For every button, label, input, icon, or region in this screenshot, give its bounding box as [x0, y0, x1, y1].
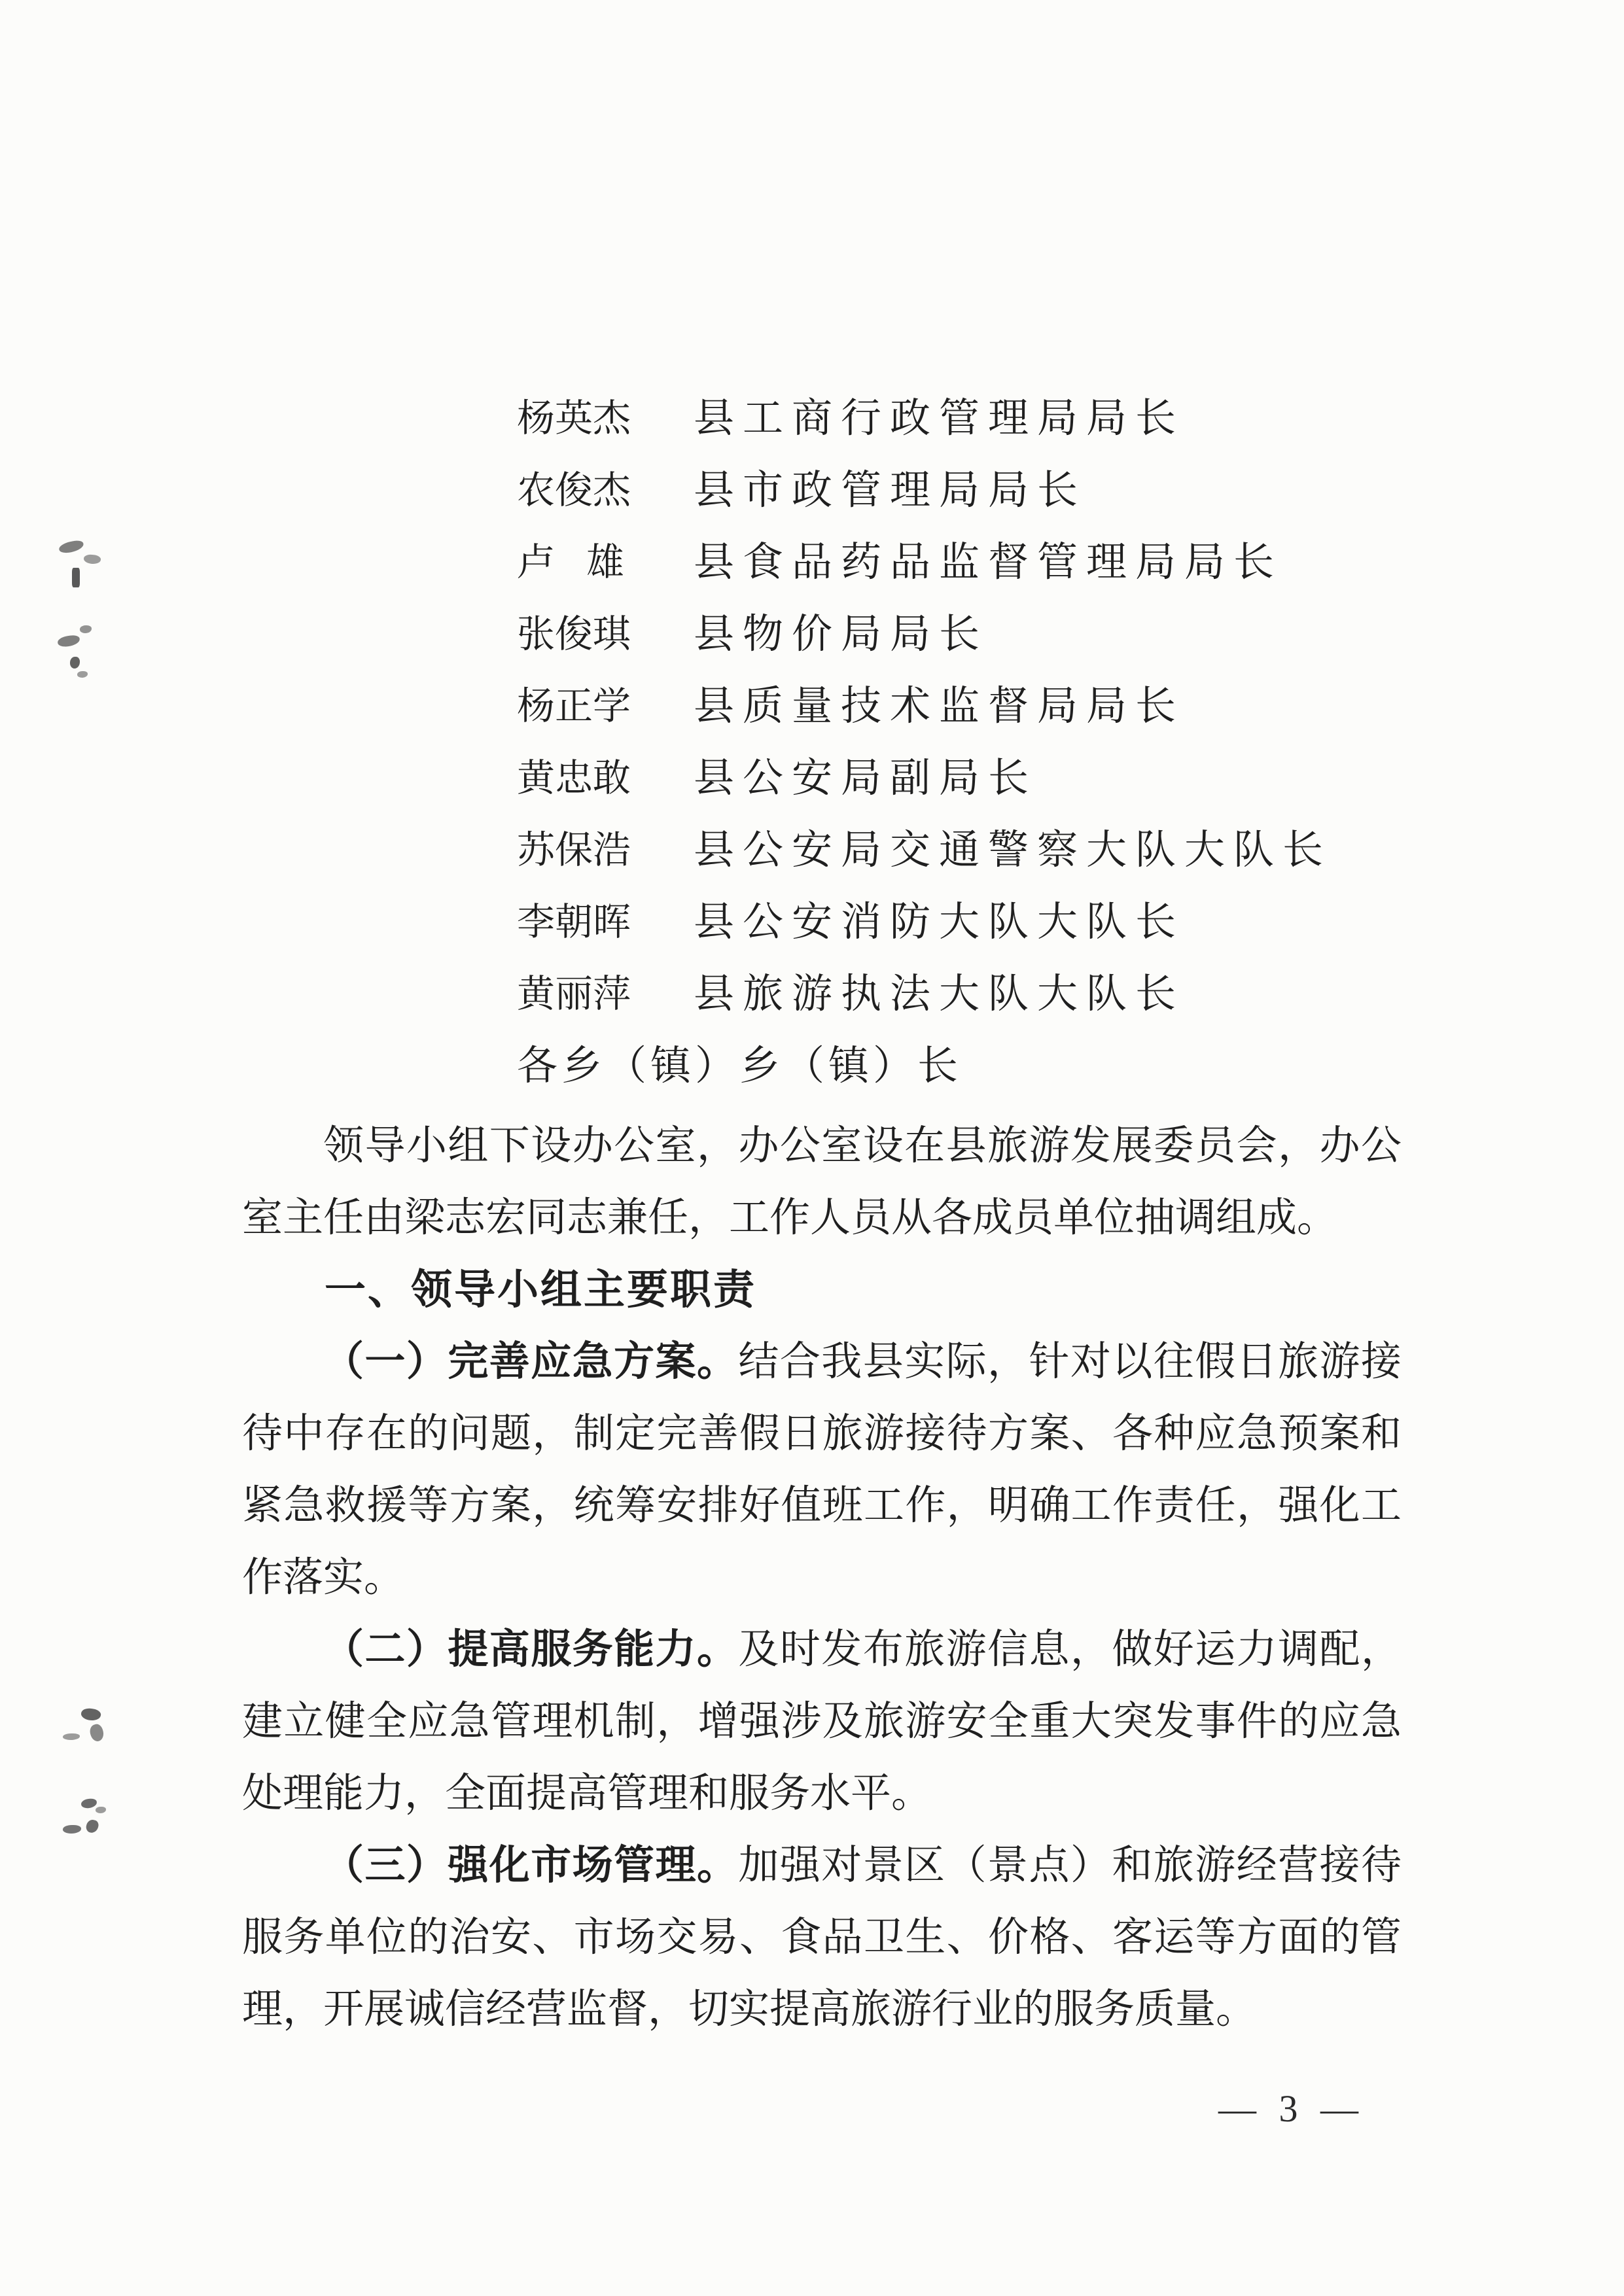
scan-artifact-smudge	[80, 625, 92, 633]
member-name: 黄丽萍	[517, 958, 624, 1030]
member-name: 杨英杰	[517, 383, 624, 455]
member-row: 杨正学 县质量技术监督局局长	[517, 670, 1402, 742]
scan-artifact-smudge	[63, 1825, 81, 1834]
scan-artifact-smudge	[58, 539, 84, 555]
member-row: 黄忠敢 县公安局副局长	[517, 742, 1402, 814]
scan-artifact-smudge	[63, 1733, 80, 1740]
member-title: 县公安消防大队大队长	[694, 886, 1184, 958]
duty-paragraph-2: （二）提高服务能力。及时发布旅游信息，做好运力调配，建立健全应急管理机制，增强涉…	[242, 1614, 1402, 1830]
member-title: 县公安局交通警察大队大队长	[694, 814, 1332, 886]
member-title: 县物价局局长	[694, 599, 988, 670]
scan-artifact-smudge	[80, 1707, 102, 1722]
member-row: 苏保浩 县公安局交通警察大队大队长	[517, 814, 1402, 886]
member-name: 卢雄	[517, 527, 624, 599]
member-row: 李朝晖 县公安消防大队大队长	[517, 886, 1402, 958]
member-name: 农俊杰	[517, 455, 624, 527]
scan-artifact-smudge	[85, 1818, 100, 1834]
duty-label-1: （一）完善应急方案。	[323, 1339, 738, 1384]
section-heading: 一、领导小组主要职责	[242, 1254, 1402, 1326]
scan-artifact-smudge	[77, 671, 88, 678]
member-name: 各乡（镇）乡（镇）长	[517, 1030, 962, 1102]
member-row: 黄丽萍 县旅游执法大队大队长	[517, 958, 1402, 1030]
scan-artifact-smudge	[80, 1798, 97, 1809]
member-row: 各乡（镇）乡（镇）长	[517, 1030, 1402, 1102]
member-row: 张俊琪 县物价局局长	[517, 599, 1402, 670]
duty-paragraph-1: （一）完善应急方案。结合我县实际，针对以往假日旅游接待中存在的问题，制定完善假日…	[242, 1326, 1402, 1614]
scan-artifact-smudge	[83, 553, 101, 565]
member-list: 杨英杰 县工商行政管理局局长 农俊杰 县市政管理局局长 卢雄 县食品药品监督管理…	[242, 383, 1402, 1102]
member-row: 杨英杰 县工商行政管理局局长	[517, 383, 1402, 455]
member-title: 县旅游执法大队大队长	[694, 958, 1184, 1030]
member-title: 县食品药品监督管理局局长	[694, 527, 1282, 599]
duty-label-2: （二）提高服务能力。	[323, 1627, 738, 1672]
office-paragraph: 领导小组下设办公室，办公室设在县旅游发展委员会，办公室主任由梁志宏同志兼任，工作…	[242, 1110, 1402, 1254]
scan-artifact-smudge	[72, 568, 80, 587]
member-row: 农俊杰 县市政管理局局长	[517, 455, 1402, 527]
member-name: 黄忠敢	[517, 742, 624, 814]
member-title: 县质量技术监督局局长	[694, 670, 1184, 742]
duty-paragraph-3: （三）强化市场管理。加强对景区（景点）和旅游经营接待服务单位的治安、市场交易、食…	[242, 1830, 1402, 2045]
scan-artifact-smudge	[88, 1722, 106, 1743]
member-name: 苏保浩	[517, 814, 624, 886]
member-name: 张俊琪	[517, 599, 624, 670]
member-row: 卢雄 县食品药品监督管理局局长	[517, 527, 1402, 599]
document-page: 杨英杰 县工商行政管理局局长 农俊杰 县市政管理局局长 卢雄 县食品药品监督管理…	[0, 0, 1624, 2296]
scan-artifact-smudge	[70, 657, 80, 669]
member-name: 杨正学	[517, 670, 624, 742]
scan-artifact-smudge	[57, 635, 80, 648]
duty-label-3: （三）强化市场管理。	[323, 1843, 738, 1888]
page-number: — 3 —	[1218, 2087, 1365, 2131]
member-title: 县公安局副局长	[694, 742, 1037, 814]
document-body: 杨英杰 县工商行政管理局局长 农俊杰 县市政管理局局长 卢雄 县食品药品监督管理…	[242, 383, 1402, 2045]
member-title: 县工商行政管理局局长	[694, 383, 1184, 455]
scan-artifact-smudge	[96, 1807, 106, 1813]
member-title: 县市政管理局局长	[694, 455, 1086, 527]
member-name: 李朝晖	[517, 886, 624, 958]
